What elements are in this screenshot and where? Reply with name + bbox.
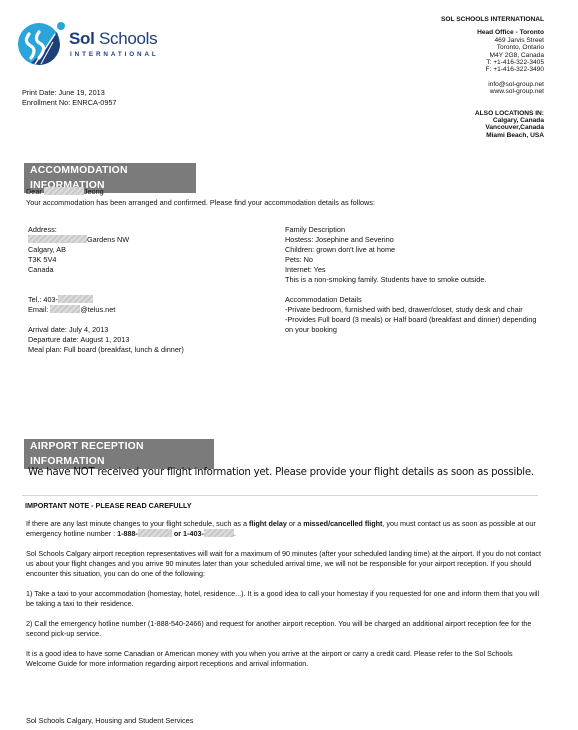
address-street: Gardens NW — [28, 235, 184, 245]
office-title: Head Office - Toronto — [441, 29, 544, 36]
head-office-info: SOL SCHOOLS INTERNATIONAL Head Office - … — [441, 16, 544, 139]
redacted-hotline — [138, 529, 172, 537]
print-date: Print Date: June 19, 2013 — [22, 88, 117, 98]
hostess: Hostess: Josephine and Severino — [285, 235, 545, 245]
greeting-name: Jeong — [84, 187, 104, 196]
note-paragraph: 2) Call the emergency hotline number (1-… — [26, 619, 542, 639]
address-country: Canada — [28, 265, 184, 275]
location-item: Calgary, Canada — [441, 117, 544, 124]
internet: Internet: Yes — [285, 265, 545, 275]
accommodation-details-title: Accommodation Details — [285, 295, 545, 305]
intro-text: Your accommodation has been arranged and… — [26, 198, 375, 208]
redacted-first-name — [44, 187, 84, 195]
brand-name-rest: Schools — [95, 29, 158, 48]
smoking-policy: This is a non-smoking family. Students h… — [285, 275, 545, 285]
arrival-date: Arrival date: July 4, 2013 — [28, 325, 184, 335]
brand-name: Sol Schools — [69, 30, 157, 48]
note-paragraph: Sol Schools Calgary airport reception re… — [26, 549, 542, 579]
address-city: Calgary, AB — [28, 245, 184, 255]
hotline-number: 1-888- — [117, 529, 138, 538]
important-note-body: If there are any last minute changes to … — [26, 519, 542, 679]
address-line: Toronto, Ontario — [441, 44, 544, 51]
office-email[interactable]: info@sol-group.net — [441, 81, 544, 88]
divider — [22, 495, 538, 496]
address-label: Address: — [28, 225, 184, 235]
location-item: Vancouver,Canada — [441, 124, 544, 131]
note-paragraph: 1) Take a taxi to your accommodation (ho… — [26, 589, 542, 609]
brand-name-bold: Sol — [69, 29, 95, 48]
host-email: Email: @telus.net — [28, 305, 184, 315]
note-paragraph: If there are any last minute changes to … — [26, 519, 542, 539]
enrollment-number: Enrollment No: ENRCA-0957 — [22, 98, 117, 108]
address-line: 469 Jarvis Street — [441, 37, 544, 44]
print-meta: Print Date: June 19, 2013 Enrollment No:… — [22, 88, 117, 107]
redacted-local-number — [204, 529, 234, 537]
contact-column: Address: Gardens NW Calgary, AB T3K 5V4 … — [28, 225, 184, 355]
org-name: SOL SCHOOLS INTERNATIONAL — [441, 16, 544, 23]
fax-line: F: +1-416-322-3490 — [441, 66, 544, 73]
signature: Sol Schools Calgary, Housing and Student… — [26, 716, 193, 726]
family-description-title: Family Description — [285, 225, 545, 235]
section-header-airport: AIRPORT RECEPTION INFORMATION — [24, 439, 214, 469]
redacted-email — [50, 305, 80, 313]
departure-date: Departure date: August 1, 2013 — [28, 335, 184, 345]
address-line: M4Y 2G8, Canada — [441, 52, 544, 59]
greeting: Dear Jeong — [26, 187, 104, 197]
host-phone: Tel.: 403- — [28, 295, 184, 305]
phone-line: T: +1-416-322-3405 — [441, 59, 544, 66]
flight-info-notice: We have NOT received your flight informa… — [28, 467, 534, 479]
meal-plan: Meal plan: Full board (breakfast, lunch … — [28, 345, 184, 355]
office-website[interactable]: www.sol-group.net — [441, 88, 544, 95]
accommodation-detail: -Provides Full board (3 meals) or Half b… — [285, 315, 545, 335]
children: Children: grown don't live at home — [285, 245, 545, 255]
redacted-street — [28, 235, 87, 243]
pets: Pets: No — [285, 255, 545, 265]
location-item: Miami Beach, USA — [441, 132, 544, 139]
accommodation-detail: -Private bedroom, furnished with bed, dr… — [285, 305, 545, 315]
sol-schools-logo-icon — [17, 20, 69, 65]
note-paragraph: It is a good idea to have some Canadian … — [26, 649, 542, 669]
greeting-prefix: Dear — [26, 187, 44, 196]
important-note-title: IMPORTANT NOTE - PLEASE READ CAREFULLY — [25, 501, 192, 511]
family-column: Family Description Hostess: Josephine an… — [285, 225, 545, 345]
brand-subtitle: INTERNATIONAL — [70, 50, 159, 60]
redacted-phone — [58, 295, 93, 303]
locations-title: ALSO LOCATIONS IN: — [441, 110, 544, 117]
address-postal: T3K 5V4 — [28, 255, 184, 265]
